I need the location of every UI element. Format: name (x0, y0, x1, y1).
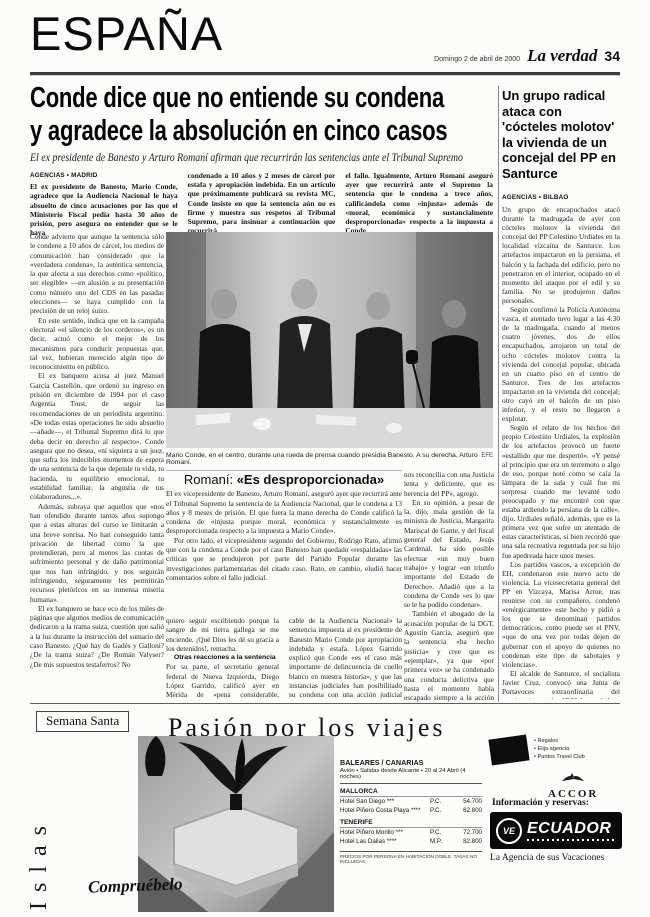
body-paragraph: En este sentido, indica que en la campañ… (30, 316, 164, 372)
body-paragraph: Además, subraya que aquellos que «nos ha… (30, 502, 164, 604)
accor-logo: ACCOR (548, 770, 598, 800)
hotel-price: 72.700 (452, 829, 482, 838)
sidebar-headline: Un grupo radical ataca con 'cócteles mol… (502, 88, 620, 181)
ecuador-monogram-icon: VE (496, 818, 522, 844)
travel-club-block: • Regalos • Elija agencia • Puntos Trave… (490, 737, 585, 763)
advert-divider-rule (30, 703, 620, 704)
offer-destination: BALEARES / CANARIAS (340, 758, 482, 767)
lead-text-1: El ex presidente de Banesto, Mario Conde… (30, 182, 178, 237)
section-title: ESPAÑA (30, 6, 223, 61)
loyalty-list: • Regalos • Elija agencia • Puntos Trave… (534, 737, 585, 761)
lead-column-3: el fallo. Igualmente, Arturo Romaní aseg… (345, 171, 493, 237)
main-headline: Conde dice que no entiende su condena y … (30, 82, 579, 148)
ecuador-wordmark: ECUADOR (527, 820, 616, 838)
column-divider-rule (498, 86, 499, 702)
lead-column-2: condenado a 10 años y 2 meses de cárcel … (188, 171, 336, 237)
romani-box-title: Romaní: «Es desproporcionada» (166, 475, 402, 484)
hotel-row: Hotel Las Dalias **** M.P. 82.800 (340, 838, 482, 847)
body-column-left: Conde advierte que aunque la sentencia s… (30, 232, 164, 700)
lead-column-1: AGENCIAS • MADRID El ex presidente de Ba… (30, 171, 178, 237)
hotel-row: Hotel San Diego *** P.C. 54.700 (340, 798, 482, 807)
body-column-mid-left: quiero seguir escribiendo porque la sang… (166, 616, 279, 702)
body-paragraph: También el abogado de la acusación popul… (404, 609, 494, 702)
body-paragraph: nos reconcilia con una Justicia lenta y … (404, 470, 494, 498)
body-paragraph: quiero seguir escribiendo porque la sang… (166, 616, 279, 653)
photo-credit: EFE (481, 453, 493, 459)
ad-season-label: Semana Santa (36, 711, 129, 732)
body-column-right: nos reconcilia con una Justicia lenta y … (404, 470, 494, 702)
byline: AGENCIAS • MADRID (30, 171, 178, 180)
hotel-board: P.C. (430, 798, 452, 807)
offer-transport: Avión • Salidas desde Alicante • 20 al 2… (340, 768, 482, 784)
hotel-price: 54.700 (452, 798, 482, 807)
sidebar-body: Un grupo de encapuchados atacó durante l… (502, 205, 620, 699)
ecuador-tagline-rule (527, 839, 616, 841)
hotel-price: 82.800 (452, 838, 482, 847)
loyalty-item: • Puntos Travel Club (534, 753, 585, 761)
reactions-subhead: Otras reacciones a la sentencia (166, 653, 279, 662)
hotel-board: P.C. (430, 829, 452, 838)
body-column-mid-right: cable de la Audiencia Nacional» la sente… (289, 616, 402, 702)
ad-vertical-label: Islas (26, 742, 53, 910)
dateline: Domingo 2 de abril de 2000 La verdad 34 (434, 46, 620, 66)
ad-offer-panel: BALEARES / CANARIAS Avión • Salidas desd… (340, 758, 482, 864)
headline-line-2: y agradece la absolución en cinco casos (30, 115, 447, 148)
hotel-price: 62.800 (452, 807, 482, 816)
sidebar-paragraph: Un grupo de encapuchados atacó durante l… (502, 205, 620, 305)
ecuador-agency-logo: VE ECUADOR (490, 812, 622, 849)
romani-box: Romaní: «Es desproporcionada» El ex vice… (166, 470, 402, 615)
offer-footnote: PRECIOS POR PERSONA EN HABITACIÓN DOBLE.… (340, 851, 482, 864)
body-paragraph: Conde advierte que aunque la sentencia s… (30, 232, 164, 316)
body-paragraph: El ex banquero acusa al juez Manuel Garc… (30, 371, 164, 501)
issue-date: Domingo 2 de abril de 2000 (434, 56, 520, 63)
sidebar-paragraph: El alcalde de Santurce, el socialista Ja… (502, 669, 620, 699)
lead-paragraph: AGENCIAS • MADRID El ex presidente de Ba… (30, 171, 493, 237)
photo-caption-row: Mario Conde, en el centro, durante una r… (166, 452, 493, 466)
body-columns-below-box: quiero seguir escribiendo porque la sang… (166, 616, 402, 702)
subheadline: El ex presidente de Banesto y Arturo Rom… (30, 152, 463, 164)
hotel-name: Hotel San Diego *** (340, 798, 430, 807)
newspaper-page: ESPAÑA Domingo 2 de abril de 2000 La ver… (0, 0, 650, 917)
info-reservations-label: Información y reservas: (492, 798, 589, 808)
hotel-name: Hotel Las Dalias **** (340, 838, 430, 847)
sidebar-paragraph: Según el relato de los hechos del propio… (502, 423, 620, 559)
accor-bird-icon (560, 771, 586, 783)
body-paragraph: El ex banquero se hace eco de los miles … (30, 604, 164, 669)
body-paragraph: En su opinión, a pesar de la, dijo, mala… (404, 498, 494, 610)
loyalty-item: • Elija agencia (534, 745, 585, 753)
sidebar-paragraph: Según confirmó la Policía Autónoma vasca… (502, 305, 620, 423)
offer-group-label: TENERIFE (340, 819, 482, 828)
ecuador-slogan: La Agencia de sus Vacaciones (490, 853, 604, 863)
ad-script-label: Compruébelo (88, 874, 183, 897)
offer-group-label: MALLORCA (340, 788, 482, 797)
hotel-name: Hotel Piñero Costa Playa **** (340, 807, 430, 816)
masthead: La verdad (527, 46, 597, 66)
photo-caption: Mario Conde, en el centro, durante una r… (166, 452, 481, 466)
romani-paragraph: Por otro lado, el vicepresidente segundo… (166, 536, 402, 582)
hotel-board: M.P. (430, 838, 452, 847)
hotel-row: Hotel Piñero Costa Playa **** P.C. 62.80… (340, 807, 482, 816)
romani-paragraph: El ex vicepresidente de Banesto, Arturo … (166, 489, 402, 535)
loyalty-item: • Regalos (534, 737, 585, 745)
photo-illustration (166, 232, 493, 448)
romani-title-quote: «Es desproporcionada» (237, 472, 384, 487)
sidebar-paragraph: Los partidos vascos, a excepción de EH, … (502, 560, 620, 669)
body-paragraph: cable de la Audiencia Nacional» la sente… (289, 616, 402, 702)
hotel-row: Hotel Piñero Morillo *** P.C. 72.700 (340, 829, 482, 838)
travel-club-card-icon (488, 734, 529, 765)
ecuador-wordmark-wrap: ECUADOR (527, 820, 616, 841)
page-number: 34 (604, 48, 620, 64)
sidebar-byline: AGENCIAS • BILBAO (502, 194, 568, 203)
header-rule (30, 72, 620, 76)
press-conference-photo (166, 232, 493, 448)
headline-line-1: Conde dice que no entiende su condena (30, 82, 447, 115)
body-paragraph: Por su parte, el secretario general fede… (166, 662, 279, 702)
sidebar-byline-text: AGENCIAS • BILBAO (502, 194, 568, 201)
hotel-board: P.C. (430, 807, 452, 816)
hotel-name: Hotel Piñero Morillo *** (340, 829, 430, 838)
romani-title-name: Romaní: (184, 472, 233, 487)
